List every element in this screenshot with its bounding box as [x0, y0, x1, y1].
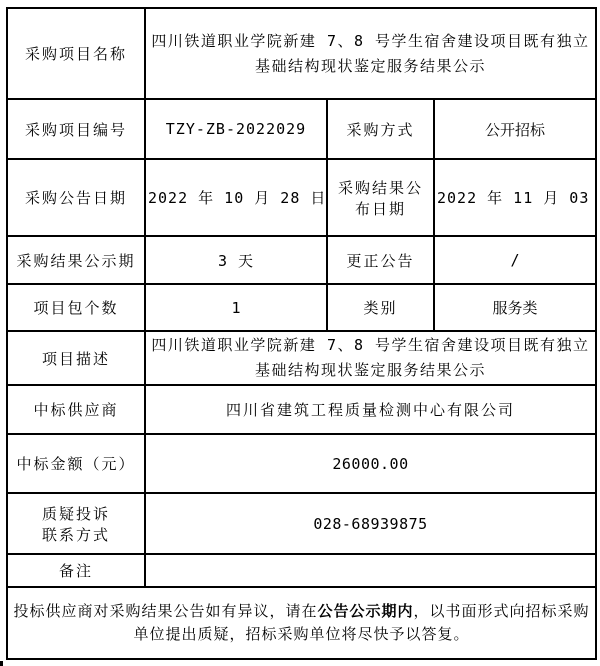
- row-footer-note: 投标供应商对采购结果公告如有异议，请在公告公示期内，以书面形式向招标采购单位提出…: [7, 587, 596, 659]
- value-package-count: 1: [145, 284, 327, 331]
- value-complaint-contact: 028-68939875: [145, 493, 596, 554]
- value-category: 服务类: [434, 284, 596, 331]
- value-result-publish-date: 2022 年 11 月 03 日: [434, 159, 596, 236]
- document-page: 采购项目名称 四川铁道职业学院新建 7、8 号学生宿舍建设项目既有独立基础结构现…: [0, 0, 600, 666]
- value-publicity-period: 3 天: [145, 236, 327, 284]
- row-publicity-period: 采购结果公示期 3 天 更正公告 /: [7, 236, 596, 284]
- value-correction-notice: /: [434, 236, 596, 284]
- label-winning-amount: 中标金额（元）: [7, 434, 145, 493]
- value-announce-date: 2022 年 10 月 28 日: [145, 159, 327, 236]
- value-winning-supplier: 四川省建筑工程质量检测中心有限公司: [145, 385, 596, 434]
- footer-note-text-before: 投标供应商对采购结果公告如有异议，请在: [13, 602, 317, 620]
- footer-note: 投标供应商对采购结果公告如有异议，请在公告公示期内，以书面形式向招标采购单位提出…: [7, 587, 596, 659]
- label-project-description: 项目描述: [7, 331, 145, 385]
- value-project-description: 四川铁道职业学院新建 7、8 号学生宿舍建设项目既有独立基础结构现状鉴定服务结果…: [145, 331, 596, 385]
- label-category: 类别: [327, 284, 434, 331]
- label-project-name: 采购项目名称: [7, 8, 145, 99]
- row-project-description: 项目描述 四川铁道职业学院新建 7、8 号学生宿舍建设项目既有独立基础结构现状鉴…: [7, 331, 596, 385]
- row-remarks: 备注: [7, 554, 596, 587]
- row-complaint-contact: 质疑投诉 联系方式 028-68939875: [7, 493, 596, 554]
- label-project-number: 采购项目编号: [7, 99, 145, 159]
- row-winning-supplier: 中标供应商 四川省建筑工程质量检测中心有限公司: [7, 385, 596, 434]
- label-result-publish-date: 采购结果公 布日期: [327, 159, 434, 236]
- label-procurement-method: 采购方式: [327, 99, 434, 159]
- label-publicity-period: 采购结果公示期: [7, 236, 145, 284]
- label-package-count: 项目包个数: [7, 284, 145, 331]
- label-winning-supplier: 中标供应商: [7, 385, 145, 434]
- value-project-name: 四川铁道职业学院新建 7、8 号学生宿舍建设项目既有独立基础结构现状鉴定服务结果…: [145, 8, 596, 99]
- label-remarks: 备注: [7, 554, 145, 587]
- value-project-number: TZY-ZB-2022029: [145, 99, 327, 159]
- page-corner-artifact: [0, 661, 3, 666]
- row-dates: 采购公告日期 2022 年 10 月 28 日 采购结果公 布日期 2022 年…: [7, 159, 596, 236]
- procurement-result-table: 采购项目名称 四川铁道职业学院新建 7、8 号学生宿舍建设项目既有独立基础结构现…: [6, 7, 597, 660]
- label-correction-notice: 更正公告: [327, 236, 434, 284]
- value-winning-amount: 26000.00: [145, 434, 596, 493]
- value-procurement-method: 公开招标: [434, 99, 596, 159]
- value-remarks: [145, 554, 596, 587]
- label-announce-date: 采购公告日期: [7, 159, 145, 236]
- footer-note-bold-text: 公告公示期内: [317, 602, 413, 620]
- row-project-name: 采购项目名称 四川铁道职业学院新建 7、8 号学生宿舍建设项目既有独立基础结构现…: [7, 8, 596, 99]
- row-project-number: 采购项目编号 TZY-ZB-2022029 采购方式 公开招标: [7, 99, 596, 159]
- label-complaint-contact: 质疑投诉 联系方式: [7, 493, 145, 554]
- row-winning-amount: 中标金额（元） 26000.00: [7, 434, 596, 493]
- row-package-category: 项目包个数 1 类别 服务类: [7, 284, 596, 331]
